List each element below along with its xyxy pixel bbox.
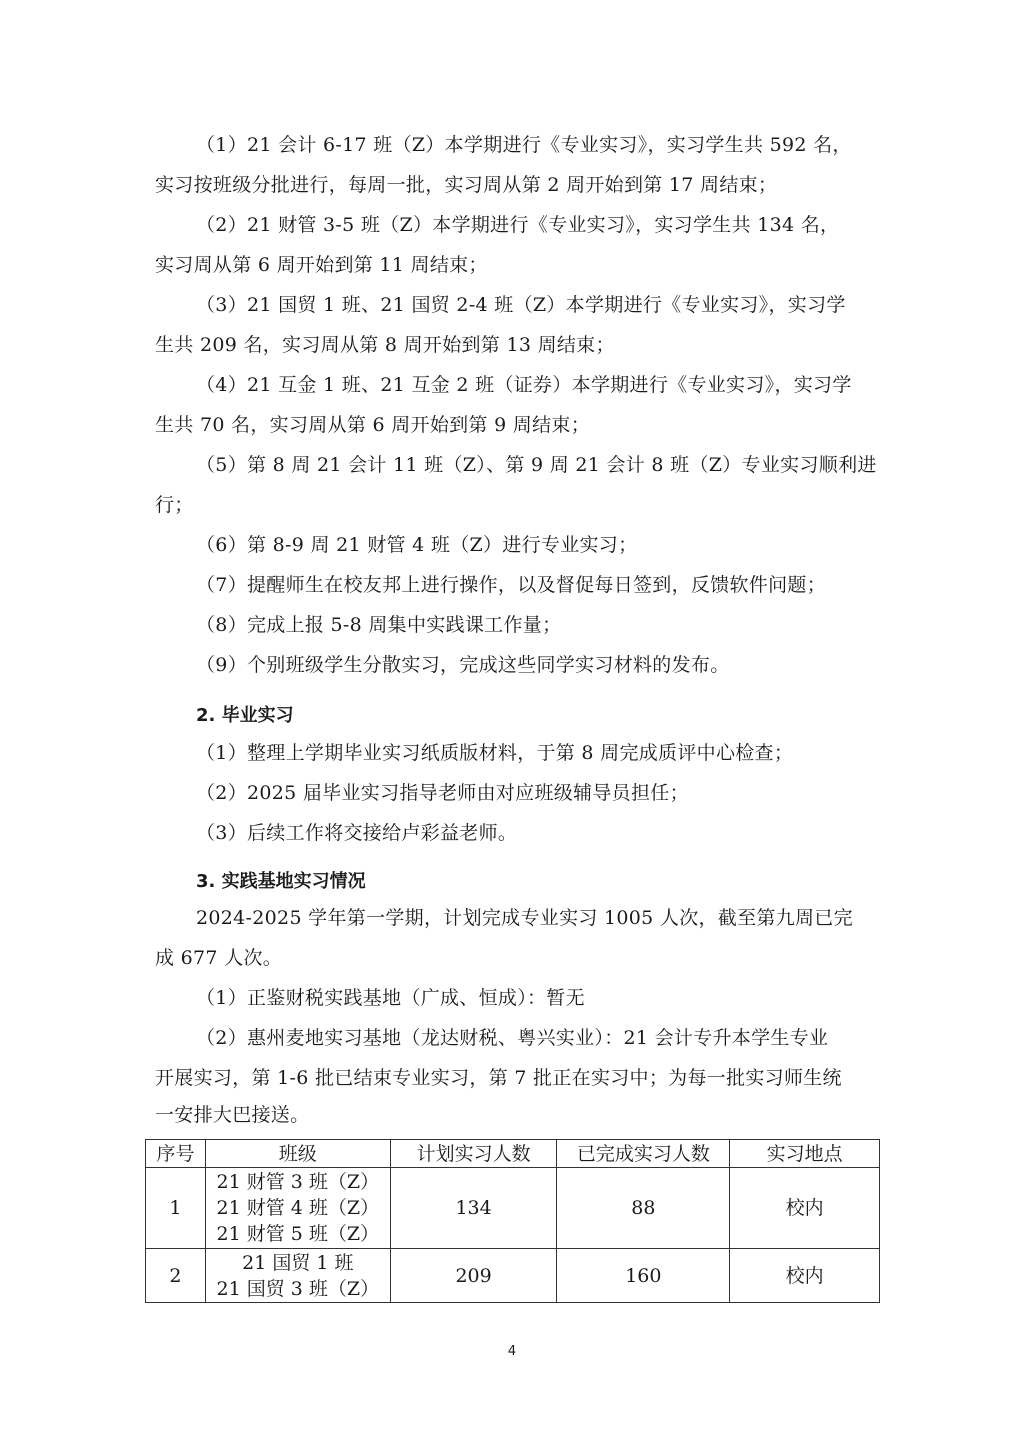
header-location: 实习地点 xyxy=(730,1140,880,1168)
class-name: 21 财管 4 班（Z） xyxy=(206,1195,390,1221)
cell-completed: 88 xyxy=(557,1168,730,1249)
item-2-line-1: （2）21 财管 3-5 班（Z）本学期进行《专业实习》，实习学生共 134 名… xyxy=(196,213,912,237)
class-name: 21 国贸 3 班（Z） xyxy=(206,1276,390,1302)
item-5-line-2: 行； xyxy=(155,493,871,517)
item-9: （9）个别班级学生分散实习，完成这些同学实习材料的发布。 xyxy=(196,653,912,677)
section-3-item-2-line-3: 一安排大巴接送。 xyxy=(155,1103,871,1127)
item-6: （6）第 8-9 周 21 财管 4 班（Z）进行专业实习； xyxy=(196,533,912,557)
header-planned: 计划实习人数 xyxy=(390,1140,557,1168)
section-3-summary-line-2: 成 677 人次。 xyxy=(155,946,871,970)
cell-class: 21 财管 3 班（Z） 21 财管 4 班（Z） 21 财管 5 班（Z） xyxy=(205,1168,390,1249)
class-name: 21 财管 5 班（Z） xyxy=(206,1221,390,1247)
item-4-line-1: （4）21 互金 1 班、21 互金 2 班（证券）本学期进行《专业实习》，实习… xyxy=(196,373,912,397)
cell-location: 校内 xyxy=(730,1168,880,1249)
cell-index: 1 xyxy=(146,1168,206,1249)
item-3-line-2: 生共 209 名，实习周从第 8 周开始到第 13 周结束； xyxy=(155,333,871,357)
item-3-line-1: （3）21 国贸 1 班、21 国贸 2-4 班（Z）本学期进行《专业实习》，实… xyxy=(196,293,912,317)
section-3-heading: 3. 实践基地实习情况 xyxy=(196,870,366,894)
item-5-line-1: （5）第 8 周 21 会计 11 班（Z）、第 9 周 21 会计 8 班（Z… xyxy=(196,453,912,477)
header-class: 班级 xyxy=(205,1140,390,1168)
cell-planned: 209 xyxy=(390,1249,557,1303)
header-index: 序号 xyxy=(146,1140,206,1168)
section-2-item-2: （2）2025 届毕业实习指导老师由对应班级辅导员担任； xyxy=(196,781,912,805)
item-4-line-2: 生共 70 名，实习周从第 6 周开始到第 9 周结束； xyxy=(155,413,871,437)
section-3-summary-line-1: 2024-2025 学年第一学期，计划完成专业实习 1005 人次，截至第九周已… xyxy=(196,906,912,930)
cell-planned: 134 xyxy=(390,1168,557,1249)
section-2-item-3: （3）后续工作将交接给卢彩益老师。 xyxy=(196,821,912,845)
section-2-item-1: （1）整理上学期毕业实习纸质版材料，于第 8 周完成质评中心检查； xyxy=(196,741,912,765)
section-2-heading: 2. 毕业实习 xyxy=(196,704,294,728)
section-3-item-2-line-2: 开展实习，第 1-6 批已结束专业实习，第 7 批正在实习中；为每一批实习师生统 xyxy=(155,1066,871,1090)
page-number: 4 xyxy=(0,1344,1024,1359)
internship-table: 序号 班级 计划实习人数 已完成实习人数 实习地点 1 21 财管 3 班（Z）… xyxy=(145,1139,880,1303)
cell-location: 校内 xyxy=(730,1249,880,1303)
section-3-item-2-line-1: （2）惠州麦地实习基地（龙达财税、粤兴实业）：21 会计专升本学生专业 xyxy=(196,1026,912,1050)
document-page: （1）21 会计 6-17 班（Z）本学期进行《专业实习》，实习学生共 592 … xyxy=(0,0,1024,1448)
section-3-item-1: （1）正鉴财税实践基地（广成、恒成）：暂无 xyxy=(196,986,912,1010)
item-1-line-1: （1）21 会计 6-17 班（Z）本学期进行《专业实习》，实习学生共 592 … xyxy=(196,133,912,157)
header-completed: 已完成实习人数 xyxy=(557,1140,730,1168)
class-name: 21 国贸 1 班 xyxy=(206,1250,390,1276)
cell-completed: 160 xyxy=(557,1249,730,1303)
item-7: （7）提醒师生在校友邦上进行操作，以及督促每日签到，反馈软件问题； xyxy=(196,573,912,597)
item-1-line-2: 实习按班级分批进行，每周一批，实习周从第 2 周开始到第 17 周结束； xyxy=(155,173,871,197)
class-name: 21 财管 3 班（Z） xyxy=(206,1169,390,1195)
table-header-row: 序号 班级 计划实习人数 已完成实习人数 实习地点 xyxy=(146,1140,880,1168)
table-row: 1 21 财管 3 班（Z） 21 财管 4 班（Z） 21 财管 5 班（Z）… xyxy=(146,1168,880,1249)
cell-index: 2 xyxy=(146,1249,206,1303)
item-8: （8）完成上报 5-8 周集中实践课工作量； xyxy=(196,613,912,637)
table-row: 2 21 国贸 1 班 21 国贸 3 班（Z） 209 160 校内 xyxy=(146,1249,880,1303)
item-2-line-2: 实习周从第 6 周开始到第 11 周结束； xyxy=(155,253,871,277)
cell-class: 21 国贸 1 班 21 国贸 3 班（Z） xyxy=(205,1249,390,1303)
